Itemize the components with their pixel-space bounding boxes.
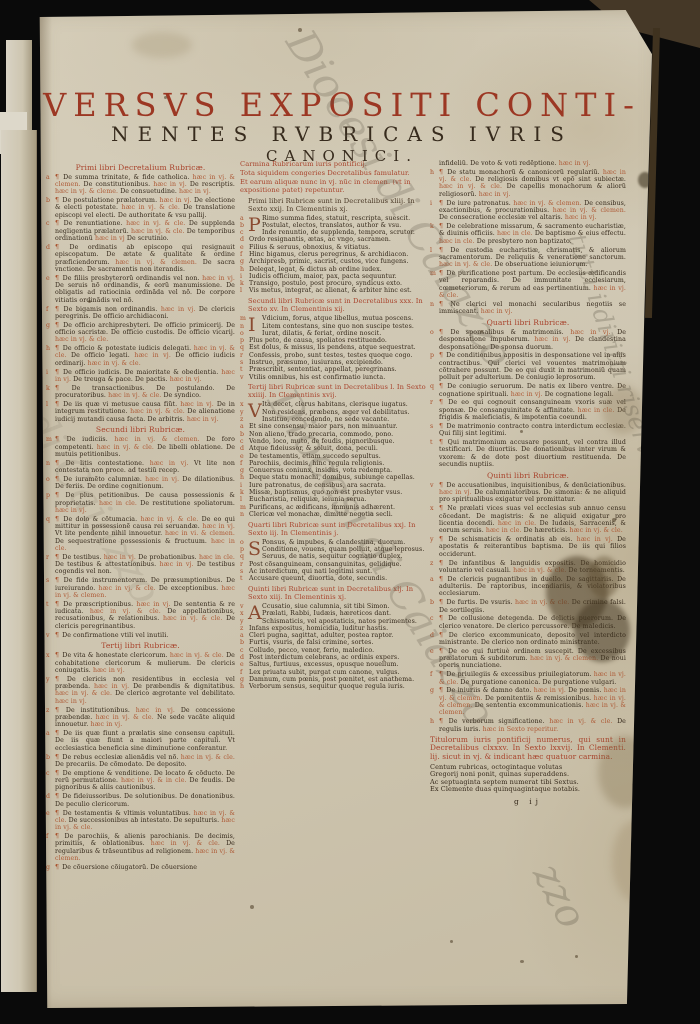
verse-line: mVdicium, forus, atque libellus, mutua p… xyxy=(240,315,426,322)
foxing-stain xyxy=(602,386,644,434)
verse-section: VxIta decet, clerus habitans, clerisque … xyxy=(240,401,426,518)
foxing-stain xyxy=(132,32,192,58)
page-title-line1: VERSVS EXPOSITI CONTI- xyxy=(36,86,648,124)
verse-line: oIurat, dilatis, & feriat, ordine noscit… xyxy=(240,330,426,337)
pilcrow-mark: ¶ xyxy=(439,329,450,336)
verse-section-header: Primi libri Rubricæ sunt in Decretalibus… xyxy=(240,197,426,213)
margin-letter: n xyxy=(46,460,50,467)
verse-text: Filius & seruus, obnoxius, & vitiatus. xyxy=(249,244,370,251)
rubric-paragraph: f¶ De priuilegiis & excessibus priuilegi… xyxy=(430,671,626,686)
rubric-paragraph: a¶ De iis quæ fiunt a prælatis sine cons… xyxy=(46,730,235,752)
verse-text: Eucharistia, reliquiæ, ieiunia serua. xyxy=(249,496,367,503)
margin-letter: b xyxy=(240,222,244,229)
verse-text: Cleri pugna, sagittat, adulter, postea r… xyxy=(249,632,393,639)
margin-letter: l xyxy=(46,401,48,408)
rubric-paragraph: a¶ De summa trinitate, & fide catholica.… xyxy=(46,174,235,196)
verse-section: AvCcusatio, siue calumnia, sit tibi Simo… xyxy=(240,603,426,691)
rubric-text: De iudiciis. xyxy=(67,436,115,443)
verse-text: Transigo, postulo, post procuro, syndicu… xyxy=(249,280,402,287)
verse-text: Confessis, probo, sunt testes, testes qu… xyxy=(249,352,412,359)
verse-intro-line: Et earum aliquæ nunc in vj. nũc in cleme… xyxy=(240,178,426,194)
verse-text: Non residens, præbens, æger vel debilita… xyxy=(262,409,410,416)
rubric-text: Vt lite pendente nihil innouetur. xyxy=(55,530,165,537)
margin-letter: e xyxy=(240,244,244,251)
citation-text: hæc in vj. xyxy=(136,601,173,608)
margin-letter: c xyxy=(240,438,244,445)
citation-text: hæc in vj. xyxy=(134,352,175,359)
rubric-paragraph: e¶ De filiis presbyterorũ ordinandis vel… xyxy=(46,275,235,304)
rubric-text: De seruis nõ ordinandis, & eorũ manumiss… xyxy=(55,282,235,304)
rubric-text: De conditionibus appositis in desponsati… xyxy=(439,352,626,381)
margin-letter: e xyxy=(240,661,244,668)
citation-text: hæc in vj. xyxy=(161,306,199,313)
verse-line: cInde renuntio, de supplenda, tempora, s… xyxy=(240,229,426,236)
rubric-paragraph: k¶ De transactionibus. De postulando. De… xyxy=(46,385,235,400)
verse-line: qEst dolus, & missus, lis pendens, atque… xyxy=(240,344,426,351)
rubric-text: De scrutinio. xyxy=(127,235,169,242)
verse-line: lVis metus, integrat, ac alienat, & arbi… xyxy=(240,287,426,294)
margin-letter: l xyxy=(240,496,242,503)
verse-text: Saltus, furtiuus, excessus, opusque noue… xyxy=(249,661,399,668)
rubric-text: De postulatione prælatorum. xyxy=(62,197,159,204)
verse-section-header: Secundi libri Rubricæ sunt in Decretalib… xyxy=(240,297,426,313)
verse-intro-line: Carmina Rubricarum iuris pontificij. xyxy=(240,160,426,168)
citation-text: hæc in vj. xyxy=(90,721,122,728)
verse-line: ySchismaticis, vel apostaticis, natos pe… xyxy=(240,618,426,625)
verse-text: Ita decet, clerus habitans, clerisque iu… xyxy=(262,401,408,408)
verse-section-header: Quarti libri Rubricæ sunt in Decretalibu… xyxy=(240,521,426,537)
rubric-paragraph: v¶ De confirmatione vtili vel inutili. xyxy=(46,632,235,639)
verse-text: Delegat, legat, & dictus ab ordine iudex… xyxy=(249,266,382,273)
rubric-text: Qui matrimonium accusare possunt, vel co… xyxy=(439,439,626,468)
pilcrow-mark: ¶ xyxy=(55,436,67,443)
verse-line: hDeque statu monachi, domibus, subiunge … xyxy=(240,474,426,481)
rubric-text: De precariis. De cõmodato. De deposito. xyxy=(55,761,187,768)
rubric-paragraph: k¶ De celebratione missarum, & sacrament… xyxy=(430,223,626,245)
margin-letter: y xyxy=(46,676,50,683)
pilcrow-mark: ¶ xyxy=(439,718,449,725)
margin-letter: v xyxy=(240,374,244,381)
citation-text: hæc in vj. xyxy=(511,391,545,398)
verse-line: sAc interdictum, qui nati legitimi sunt. xyxy=(240,568,426,575)
citation-text: hæc in vj. xyxy=(153,181,190,188)
rubric-paragraph: i¶ De officio iudicis. De maioritate & o… xyxy=(46,369,235,384)
margin-letter: m xyxy=(46,436,52,443)
verse-text: Furtis, vsuris, de falsi crimine, sortes… xyxy=(249,639,373,646)
pilcrow-mark: ¶ xyxy=(55,369,63,376)
margin-letter: f xyxy=(430,671,432,678)
margin-letter: a xyxy=(240,423,244,430)
verse-text: Litem contestans, sine quo non suscipe t… xyxy=(262,323,414,330)
citation-text: hæc in vj. & cle. xyxy=(140,516,201,523)
speck xyxy=(298,28,302,32)
citation-text: hæc in vj. & cle. xyxy=(181,754,235,761)
column-center: Carmina Rubricarum iuris pontificij.Tota… xyxy=(240,160,426,924)
margin-letter: d xyxy=(46,244,50,251)
citation-text: hæc in vj xyxy=(95,235,127,242)
rubric-paragraph: f¶ De parochiis, & alienis parochianis. … xyxy=(46,833,235,862)
margin-letter: y xyxy=(430,536,434,543)
margin-letter: f xyxy=(240,251,242,258)
pilcrow-mark: ¶ xyxy=(55,810,63,817)
margin-letter: f xyxy=(46,306,48,313)
margin-letter: h xyxy=(240,474,244,481)
margin-letter: z xyxy=(46,707,49,714)
verse-line: dPost interdictum celebrans, ac ordinis … xyxy=(240,654,426,661)
margin-letter: b xyxy=(430,599,434,606)
margin-letter: q xyxy=(430,383,434,390)
rubric-text: De verborum significatione. xyxy=(449,718,550,725)
verse-text: Vdicium, forus, atque libellus, mutua po… xyxy=(262,315,413,322)
citation-text: hæc in vj. xyxy=(202,523,235,530)
verse-line: fParochiis, decimis, hinc regula religio… xyxy=(240,460,426,467)
rubric-text: De exceptionibus. xyxy=(159,585,221,592)
margin-letter: c xyxy=(430,615,434,622)
margin-letter: d xyxy=(46,793,50,800)
verse-text: Conuersus coniunx, insidus, vota redempt… xyxy=(249,467,392,474)
rubric-text: De purgatione canonica. De purgatione vu… xyxy=(460,679,616,686)
rubric-text: De constitutionibus. xyxy=(84,181,154,188)
margin-letter: a xyxy=(46,174,50,181)
margin-letter: m xyxy=(430,270,436,277)
margin-letter: d xyxy=(240,654,244,661)
pilcrow-mark: ¶ xyxy=(439,270,447,277)
margin-letter: d xyxy=(240,445,244,452)
verse-text: Parochiis, decimis, hinc regula religion… xyxy=(249,460,384,467)
margin-letter: s xyxy=(240,568,243,575)
verse-line: kTransigo, postulo, post procuro, syndic… xyxy=(240,280,426,287)
margin-letter: t xyxy=(430,439,433,446)
rubric-text: De pœnitentiis & remissionibus. xyxy=(485,695,594,702)
verse-line: eDe testamentis, etiam succedo sepultus. xyxy=(240,453,426,460)
verse-text: Missæ, baptismus, quo non est presbyter … xyxy=(249,489,402,496)
citation-text: hæc in vj. xyxy=(577,536,617,543)
rubric-paragraph: p¶ De plus petitionibus. De causa posses… xyxy=(46,492,235,514)
margin-letter: x xyxy=(240,610,244,617)
verse-section: PaRimo summa fides, statuit, rescripta, … xyxy=(240,215,426,295)
margin-letter: d xyxy=(430,632,434,639)
pilcrow-mark: ¶ xyxy=(55,707,66,714)
citation-text: hæc in cle. xyxy=(439,238,477,245)
verse-text: Purificans, ac ædificans, immunis adhære… xyxy=(249,504,395,511)
rubric-paragraph: d¶ De fideiussoribus. De solutionibus. D… xyxy=(46,793,235,808)
rubric-paragraph: o¶ De sponsalibus & matrimoniis. hæc in … xyxy=(430,329,626,351)
margin-letter: e xyxy=(46,275,50,282)
rubric-paragraph: h¶ De verborum significatione. hæc in vj… xyxy=(430,718,626,733)
verse-text: Ac interdictum, qui nati legitimi sunt. xyxy=(249,568,372,575)
foxing-stain xyxy=(598,736,653,808)
citation-text: hæc in vj. & cle. xyxy=(98,585,158,592)
verse-text: Hinc bigamus, clerus peregrinus, & archi… xyxy=(249,251,408,258)
section-heading: Quarti libri Rubricæ. xyxy=(430,318,626,327)
verse-line: gConuersus coniunx, insidus, vota redemp… xyxy=(240,467,426,474)
verse-text: Iudicis officium, maior, pax, pacta sequ… xyxy=(249,273,397,280)
verse-text: Instruo, præsumo, iusiurans, excipiendo. xyxy=(249,359,383,366)
margin-letter: v xyxy=(430,482,434,489)
rubric-text: De testibus. xyxy=(62,554,103,561)
margin-letter: g xyxy=(240,676,244,683)
rubric-paragraph: b¶ De rebus ecclesiæ alienãdis vel nõ. h… xyxy=(46,754,235,769)
page-title-line2: NENTES RVBRICAS IVRIS xyxy=(36,122,648,146)
verse-line: pConditione, vouens, quam polluit, atque… xyxy=(240,546,426,553)
verse-line: cColludo, pecco, venor, ferio, maledico. xyxy=(240,647,426,654)
rubric-paragraph: b¶ De postulatione prælatorum. hæc in vj… xyxy=(46,197,235,219)
margin-letter: r xyxy=(240,561,243,568)
rubric-paragraph: h¶ De statu monachorũ & canonicorũ regul… xyxy=(430,169,626,198)
rubric-paragraph: c¶ De emptione & venditione. De locato &… xyxy=(46,770,235,792)
rubric-paragraph: g¶ De officio archipresbyteri. De offici… xyxy=(46,322,235,344)
ink-stain xyxy=(588,556,620,598)
margin-letter: m xyxy=(240,504,246,511)
citation-text: hæc in vj. & cle. xyxy=(439,183,507,190)
rubric-text: De statu monachorũ & canonicorũ regulari… xyxy=(447,169,603,176)
margin-letter: x xyxy=(430,505,434,512)
rubric-text: De cognatione legali. xyxy=(545,391,614,398)
margin-letter: h xyxy=(240,683,244,690)
verse-line: yNon residens, præbens, æger vel debilit… xyxy=(240,409,426,416)
margin-letter: a xyxy=(240,632,244,639)
verse-text: Damnum, cum pœnis, post pœnitet, est ana… xyxy=(249,676,414,683)
verse-line: bFurtis, vsuris, de falsi crimine, sorte… xyxy=(240,639,426,646)
rubric-text: De iuramẽto calumniæ. xyxy=(63,476,145,483)
rubric-paragraph: l¶ De custodia eucharistiæ, chrismatis, … xyxy=(430,247,626,269)
rubric-paragraph: n¶ Ne clerici vel monachi secularibus ne… xyxy=(430,301,626,316)
margin-letter: x xyxy=(240,401,244,408)
rubric-text: De matrimonio contracto contra interdict… xyxy=(439,423,626,437)
pilcrow-mark: ¶ xyxy=(55,306,64,313)
verse-line: bPostulat, electos, translatos, author &… xyxy=(240,222,426,229)
verse-line: qSeruus, de natis, sequitur cognatio dup… xyxy=(240,553,426,560)
pilcrow-mark: ¶ xyxy=(55,322,63,329)
rubric-text: De religiosis domibus vt epõ sint subiec… xyxy=(475,176,626,183)
margin-letter: p xyxy=(430,352,434,359)
verse-section-header: Quinti libri Rubricæ sunt in Decretalibu… xyxy=(240,585,426,601)
rubric-paragraph: p¶ De conditionibus appositis in despons… xyxy=(430,352,626,381)
verse-line: cVendo, loco, muto, de feudis, pignoribu… xyxy=(240,438,426,445)
verse-text: Accusare queunt, diuortia, dote, secundi… xyxy=(249,575,387,582)
rubric-text: De renuntiatione. xyxy=(64,220,126,227)
citation-text: hæc in vj. xyxy=(481,308,513,315)
margin-letter: a xyxy=(240,215,244,222)
pilcrow-mark: ¶ xyxy=(439,648,448,655)
verse-line: pPlus peto, de causa, spoliatos restitue… xyxy=(240,337,426,344)
rubric-text: De iis quæ vi metusue causa fiũt. xyxy=(63,401,180,408)
rubric-text: De consecratione ecclesiæ vel altaris. xyxy=(439,214,565,221)
citation-text: hæc in vj. & cle. xyxy=(55,690,115,697)
verse-line: kMissæ, baptismus, quo non est presbyter… xyxy=(240,489,426,496)
verse-text: Ordo resignantis, ætas, ac vngo, sacrame… xyxy=(249,236,391,243)
citation-text: hæc in vj. & clemen. xyxy=(513,200,584,207)
rubric-text: De iis quæ fiunt a prælatis sine consens… xyxy=(55,730,235,752)
margin-letter: z xyxy=(430,560,433,567)
speck xyxy=(520,960,524,963)
rubric-text: De furtis. De vsuris. xyxy=(446,599,515,606)
verse-line: vCcusatio, siue calumnia, sit tibi Simon… xyxy=(240,603,426,610)
verse-intro-line: Tota siquidem congeries Decretalibus fam… xyxy=(240,169,426,177)
rubric-paragraph: l¶ De iis quæ vi metusue causa fiũt. hæc… xyxy=(46,401,235,423)
verse-text: Iurat, dilatis, & feriat, ordine noscit. xyxy=(262,330,381,337)
margin-letter: p xyxy=(46,492,50,499)
rubric-paragraph: q¶ De coniugio seruorum. De natis ex lib… xyxy=(430,383,626,398)
margin-letter: h xyxy=(430,718,434,725)
verse-line: fLex priuata subit, purgat cum canone, v… xyxy=(240,669,426,676)
verse-line: nClericæ vel monachæ, dimitte negotia se… xyxy=(240,511,426,518)
margin-letter: c xyxy=(240,229,244,236)
margin-letter: k xyxy=(240,489,244,496)
margin-letter: z xyxy=(240,416,243,423)
margin-letter: k xyxy=(46,385,50,392)
rubric-text: De syndico. xyxy=(163,392,201,399)
rubric-text: De fideiussoribus. De solutionibus. De d… xyxy=(55,793,235,807)
citation-text: hæc in vj. xyxy=(170,376,202,383)
speck xyxy=(575,955,578,958)
margin-letter: q xyxy=(46,516,50,523)
citation-text: hæc in vj. xyxy=(159,197,194,204)
closing-verse-line: Ex Clemente duas quinquagintaque notabis… xyxy=(430,786,626,794)
signature-mark: g ij xyxy=(430,798,626,805)
citation-text: hæc in cle. xyxy=(99,500,140,507)
rubric-text: De præbendis & dignitatibus. xyxy=(133,683,235,690)
rubric-paragraph: h¶ De officio & potestate iudicis delega… xyxy=(46,345,235,367)
verse-line: gArchipresb, primic, sacrist, custos, vi… xyxy=(240,258,426,265)
citation-text: hæc in vj. xyxy=(55,698,87,705)
verse-text: Est dolus, & missus, lis pendens, atque … xyxy=(249,344,416,351)
margin-letter: a xyxy=(46,730,50,737)
rubric-text: De baptismo & eius effectu. xyxy=(535,230,626,237)
verse-line: zInstituo, concedendo, ne sede vacante. xyxy=(240,416,426,423)
column-right: infideliũ. De voto & voti redẽptione. hæ… xyxy=(430,160,626,924)
verse-text: Post interdictum celebrans, ac ordinis e… xyxy=(249,654,399,661)
rubric-text: De officio & potestate iudicis delegati. xyxy=(63,345,194,352)
margin-letter: h xyxy=(240,266,244,273)
margin-letter: g xyxy=(240,467,244,474)
verse-line: fHinc bigamus, clerus peregrinus, & arch… xyxy=(240,251,426,258)
margin-letter: f xyxy=(240,669,242,676)
speck xyxy=(612,518,616,522)
margin-letter: v xyxy=(240,603,244,610)
rubric-text: De schismaticis & ordinatis ab eis. xyxy=(448,536,576,543)
margin-letter: y xyxy=(240,409,244,416)
verse-line: vVtilis omnibus, his est confirmatio iun… xyxy=(240,374,426,381)
rubric-paragraph: d¶ De ordinatis ab episcopo qui resignau… xyxy=(46,244,235,273)
citation-text: hæc in vj. xyxy=(150,460,194,467)
pilcrow-mark: ¶ xyxy=(55,345,63,352)
verse-line: aCleri pugna, sagittat, adulter, postea … xyxy=(240,632,426,639)
rubric-paragraph: z¶ De institutionibus. hæc in vj. De con… xyxy=(46,707,235,729)
pilcrow-mark: ¶ xyxy=(55,174,63,181)
pilcrow-mark: ¶ xyxy=(439,615,448,622)
verse-line: tPræscribit, sententiat, appellat, pereg… xyxy=(240,366,426,373)
margin-letter: r xyxy=(240,352,243,359)
verse-line: xPrælati, Rabbi, Iudæis, hæreticos dant. xyxy=(240,610,426,617)
section-heading: Tertij libri Rubricæ. xyxy=(46,641,235,650)
rubric-text: De institutionibus. xyxy=(66,707,136,714)
margin-letter: k xyxy=(430,223,434,230)
section-heading: Secundi libri Rubricæ. xyxy=(46,425,235,434)
margin-letter: t xyxy=(240,366,243,373)
margin-letter: n xyxy=(430,301,434,308)
speck xyxy=(450,940,453,943)
pilcrow-mark: ¶ xyxy=(439,536,448,543)
verse-text: Instituo, concedendo, ne sede vacante. xyxy=(262,416,389,423)
margin-letter: o xyxy=(240,330,244,337)
margin-letter: a xyxy=(430,576,434,583)
rubric-paragraph: t¶ De præscriptionibus. hæc in vj. De se… xyxy=(46,601,235,630)
rubric-paragraph: s¶ De fide instrumentorum. De præsumptio… xyxy=(46,577,235,599)
citation-text: hæc in vj. & cle. xyxy=(170,652,226,659)
citation-text: hæc in vj. xyxy=(180,401,217,408)
rubric-text: De confirmatione vtili vel inutili. xyxy=(62,632,168,639)
rubric-paragraph: v¶ De accusationibus, inquisitionibus, &… xyxy=(430,482,626,504)
rubric-text: De summa trinitate, & fide catholica. xyxy=(63,174,192,181)
margin-letter: l xyxy=(430,247,432,254)
verse-line: iIure patronatus, de censibus, ara sacra… xyxy=(240,482,426,489)
verse-line: mPurificans, ac ædificans, immunis adhær… xyxy=(240,504,426,511)
verse-text: Ponsus, & impubes, & clandestina, duorum… xyxy=(262,539,405,546)
rubric-text: De iure patronatus. xyxy=(446,200,513,207)
rubric-text: De vita & honestate clericorum. xyxy=(62,652,170,659)
verse-text: Colludo, pecco, venor, ferio, maledico. xyxy=(249,647,374,654)
pilcrow-mark: ¶ xyxy=(55,244,70,251)
citation-text: hæc in vj. & in cle. xyxy=(121,777,189,784)
citation-text: hæc in vi. & clemen. xyxy=(165,530,235,537)
speck xyxy=(164,96,167,99)
margin-letter: z xyxy=(240,625,243,632)
margin-letter: s xyxy=(46,577,49,584)
citation-text: hæc in cle. xyxy=(498,520,540,527)
pilcrow-mark: ¶ xyxy=(55,460,66,467)
citation-text: hæc in vj. xyxy=(136,707,181,714)
rubric-text: De pœnis. xyxy=(568,687,603,694)
verse-text: Postulat, electos, translatos, author & … xyxy=(262,222,401,229)
verse-line: eFilius & seruus, obnoxius, & vitiatus. xyxy=(240,244,426,251)
verse-line: eSaltus, furtiuus, excessus, opusque nou… xyxy=(240,661,426,668)
rubric-text: infideliũ. De voto & voti redẽptione. xyxy=(439,160,559,167)
margin-letter: b xyxy=(240,431,244,438)
verse-text: Plus peto, de causa, spoliatos restituen… xyxy=(249,337,387,344)
margin-letter: b xyxy=(46,754,50,761)
margin-letter: g xyxy=(46,322,50,329)
pilcrow-mark: ¶ xyxy=(55,676,67,683)
verse-line: gDamnum, cum pœnis, post pœnitet, est an… xyxy=(240,676,426,683)
pilcrow-mark: ¶ xyxy=(439,399,448,406)
margin-letter: b xyxy=(46,197,50,204)
margin-letter: f xyxy=(240,460,242,467)
margin-letter: n xyxy=(240,511,244,518)
verse-text: Post cõsanguineam, consanguinitas, gelid… xyxy=(249,561,402,568)
citation-text: hæc in vj. & cle. xyxy=(96,714,157,721)
citation-text: hæc in vj. xyxy=(439,489,474,496)
rubric-paragraph: y¶ De schismaticis & ordinatis ab eis. h… xyxy=(430,536,626,558)
rubric-paragraph: i¶ De iure patronatus. hæc in vj. & clem… xyxy=(430,200,626,222)
rubric-paragraph: n¶ De litis contestatione. hæc in vj. Vt… xyxy=(46,460,235,475)
margin-letter: s xyxy=(430,423,433,430)
citation-text: hæc in vj. xyxy=(55,507,87,514)
rubric-text: De probationibus. xyxy=(138,554,199,561)
verse-line: aRimo summa fides, statuit, rescripta, s… xyxy=(240,215,426,222)
rubric-paragraph: infideliũ. De voto & voti redẽptione. hæ… xyxy=(430,160,626,167)
rubric-text: De sententia excommunicationis. xyxy=(475,702,586,709)
verse-section: SoPonsus, & impubes, & clandestina, duor… xyxy=(240,539,426,583)
verse-text: Inde renuntio, de supplenda, tempora, sc… xyxy=(262,229,415,236)
rubric-paragraph: x¶ De vita & honestate clericorum. hæc i… xyxy=(46,652,235,674)
citation-text: hæc in vj. xyxy=(570,329,617,336)
rubric-text: De bigamis non ordinandis. xyxy=(64,306,161,313)
verse-text: Et sine consensu, maior pars, non minuan… xyxy=(249,423,397,430)
citation-text: hæc in vj. xyxy=(534,336,575,343)
verse-line: dOrdo resignantis, ætas, ac vngo, sacram… xyxy=(240,236,426,243)
margin-letter: g xyxy=(240,258,244,265)
